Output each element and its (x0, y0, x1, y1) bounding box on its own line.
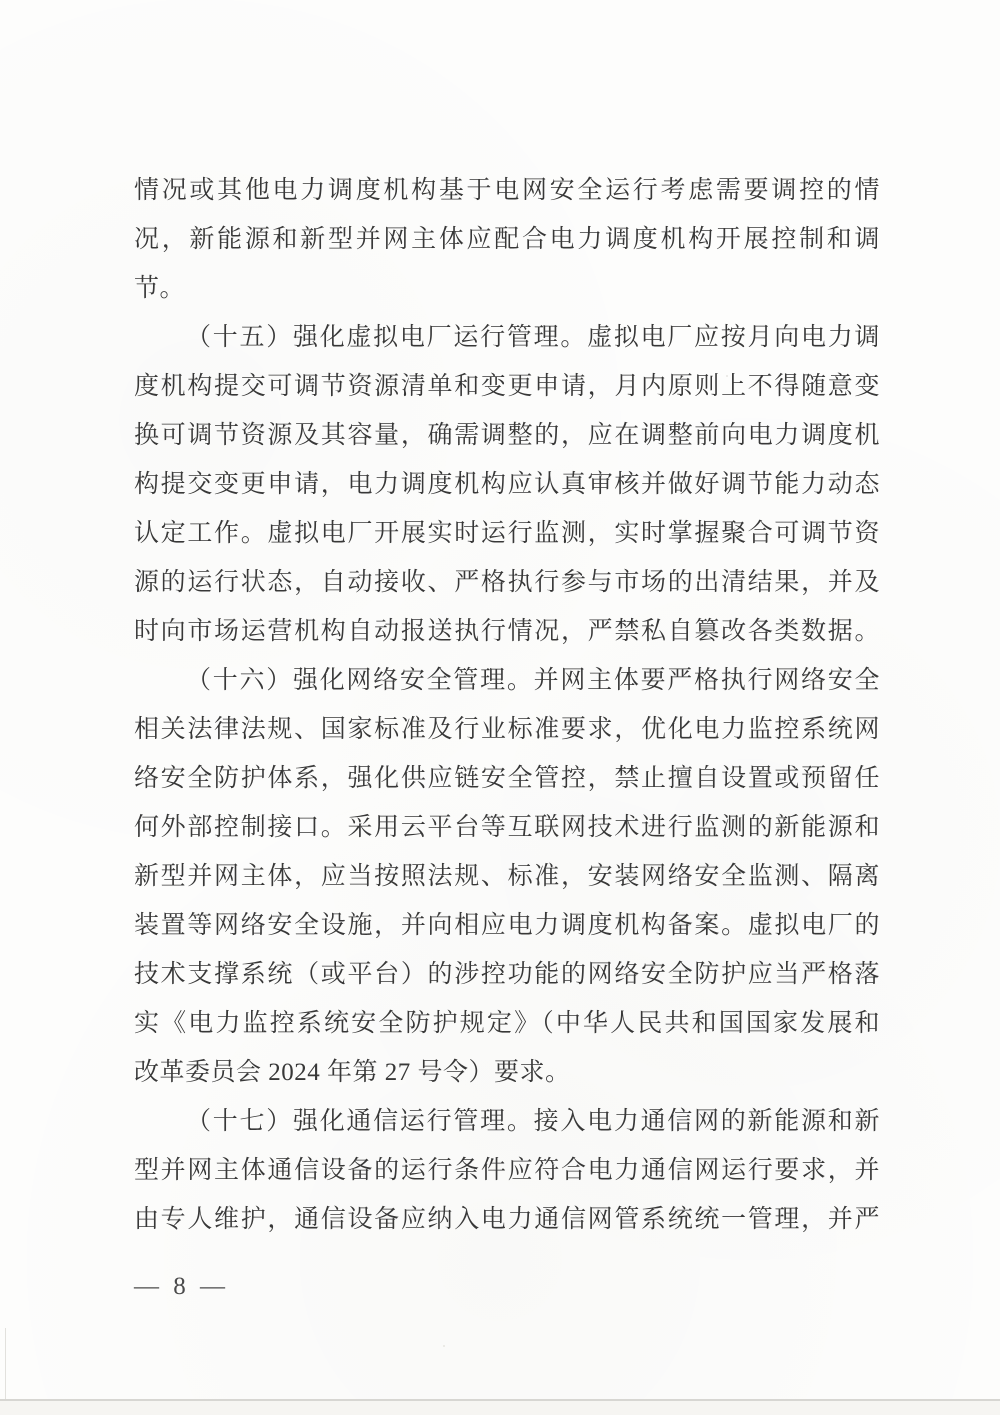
text-line: 装置等网络安全设施，并向相应电力调度机构备案。虚拟电厂的 (134, 901, 880, 950)
scan-noise-speck (627, 880, 629, 882)
page-number: — 8 — (134, 1262, 229, 1311)
text-line: 何外部控制接口。采用云平台等互联网技术进行监测的新能源和 (134, 803, 880, 852)
text-line: 换可调节资源及其容量，确需调整的，应在调整前向电力调度机 (134, 411, 880, 460)
text-line: 实《电力监控系统安全防护规定》（中华人民共和国国家发展和 (134, 999, 880, 1048)
text-line: 情况或其他电力调度机构基于电网安全运行考虑需要调控的情 (134, 166, 880, 215)
scanned-document-page: 情况或其他电力调度机构基于电网安全运行考虑需要调控的情况，新能源和新型并网主体应… (0, 0, 1000, 1401)
scan-edge-left (5, 1328, 6, 1399)
text-line: 认定工作。虚拟电厂开展实时运行监测，实时掌握聚合可调节资 (134, 509, 880, 558)
text-line: 时向市场运营机构自动报送执行情况，严禁私自篡改各类数据。 (134, 607, 880, 656)
text-line: 新型并网主体，应当按照法规、标准，安装网络安全监测、隔离 (134, 852, 880, 901)
text-line: 由专人维护，通信设备应纳入电力通信网管系统统一管理，并严 (134, 1195, 880, 1244)
text-line: 源的运行状态，自动接收、严格执行参与市场的出清结果，并及 (134, 558, 880, 607)
scan-noise-speck (443, 1345, 445, 1347)
text-line: 技术支撑系统（或平台）的涉控功能的网络安全防护应当严格落 (134, 950, 880, 999)
text-line: （十五）强化虚拟电厂运行管理。虚拟电厂应按月向电力调 (134, 313, 880, 362)
text-line: 构提交变更申请，电力调度机构应认真审核并做好调节能力动态 (134, 460, 880, 509)
text-line: 度机构提交可调节资源清单和变更申请，月内原则上不得随意变 (134, 362, 880, 411)
text-line: 型并网主体通信设备的运行条件应符合电力通信网运行要求，并 (134, 1146, 880, 1195)
text-line: 改革委员会 2024 年第 27 号令）要求。 (134, 1048, 880, 1097)
document-body: 情况或其他电力调度机构基于电网安全运行考虑需要调控的情况，新能源和新型并网主体应… (134, 166, 880, 1244)
text-line: （十七）强化通信运行管理。接入电力通信网的新能源和新 (134, 1097, 880, 1146)
text-line: 络安全防护体系，强化供应链安全管控，禁止擅自设置或预留任 (134, 754, 880, 803)
text-line: 节。 (134, 264, 880, 313)
text-line: 相关法律法规、国家标准及行业标准要求，优化电力监控系统网 (134, 705, 880, 754)
text-line: 况，新能源和新型并网主体应配合电力调度机构开展控制和调 (134, 215, 880, 264)
scan-noise-speck (628, 238, 630, 240)
scan-noise-speck (726, 375, 728, 377)
text-line: （十六）强化网络安全管理。并网主体要严格执行网络安全 (134, 656, 880, 705)
